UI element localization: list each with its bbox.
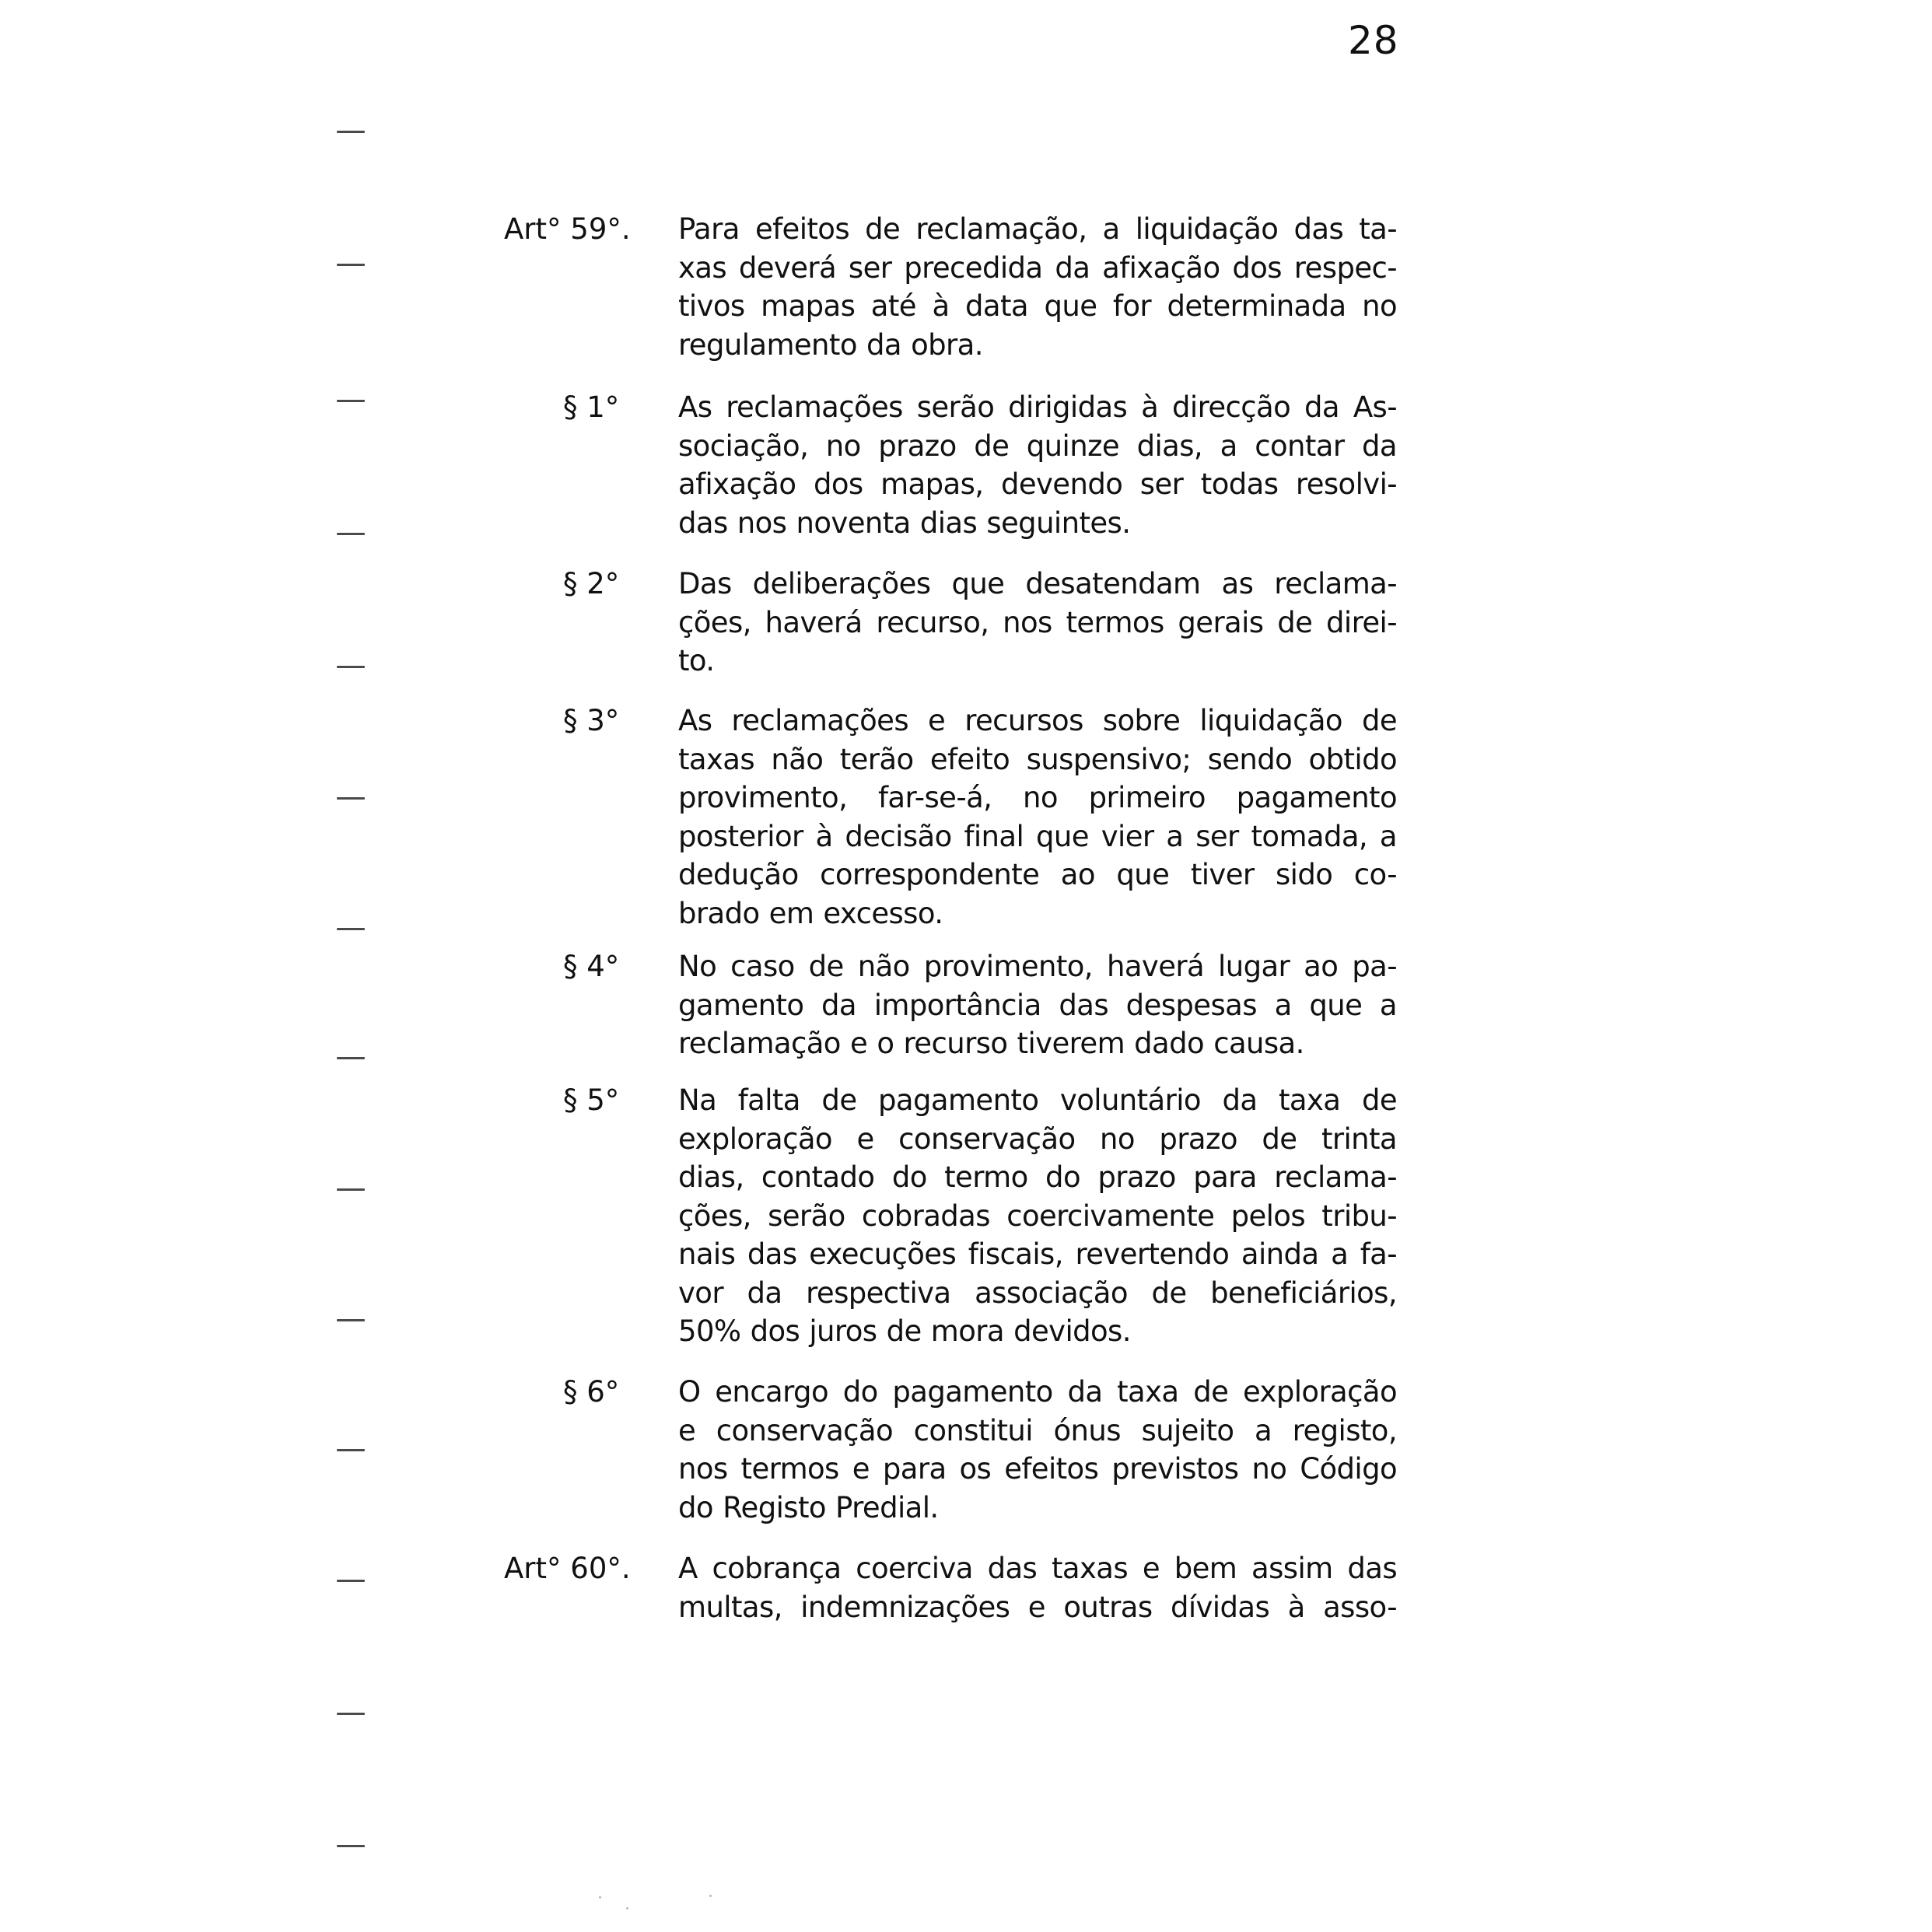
paragraph-number: § 5° — [563, 1081, 619, 1120]
text-line: Das deliberações que desatendam as recla… — [678, 565, 1397, 604]
text-line: ções, serão cobradas coercivamente pelos… — [678, 1197, 1397, 1236]
text-line: posterior à decisão final que vier a ser… — [678, 817, 1397, 856]
text-line: As reclamações serão dirigidas à direcçã… — [678, 388, 1397, 427]
margin-tick — [337, 1845, 365, 1847]
text-line: gamento da importância das despesas a qu… — [678, 986, 1397, 1025]
section-text: As reclamações serão dirigidas à direcçã… — [678, 388, 1397, 542]
margin-tick — [337, 666, 365, 668]
text-line: to. — [678, 642, 1397, 681]
section-text: Na falta de pagamento voluntário da taxa… — [678, 1081, 1397, 1351]
text-line: exploração e conservação no prazo de tri… — [678, 1120, 1397, 1159]
margin-tick — [337, 1057, 365, 1059]
text-line: tivos mapas até à data que for determina… — [678, 287, 1397, 326]
scan-speck — [626, 1907, 628, 1909]
scan-speck — [709, 1895, 712, 1897]
text-line: vor da respectiva associação de benefici… — [678, 1274, 1397, 1313]
margin-tick — [337, 1580, 365, 1582]
margin-tick — [337, 264, 365, 266]
section-text: A cobrança coerciva das taxas e bem assi… — [678, 1549, 1397, 1626]
margin-tick — [337, 797, 365, 800]
text-line: multas, indemnizações e outras dívidas à… — [678, 1588, 1397, 1627]
margin-tick — [337, 1449, 365, 1451]
text-line: nos termos e para os efeitos previstos n… — [678, 1450, 1397, 1489]
article-number: Art° 60°. — [504, 1549, 631, 1588]
scan-speck — [599, 1896, 601, 1899]
text-line: sociação, no prazo de quinze dias, a con… — [678, 427, 1397, 466]
text-line: brado em excesso. — [678, 894, 1397, 933]
text-line: dias, contado do termo do prazo para rec… — [678, 1158, 1397, 1197]
text-line: e conservação constitui ónus sujeito a r… — [678, 1412, 1397, 1451]
paragraph-number: § 1° — [563, 388, 619, 427]
text-line: Na falta de pagamento voluntário da taxa… — [678, 1081, 1397, 1120]
text-line: Para efeitos de reclamação, a liquidação… — [678, 210, 1397, 249]
section-text: Para efeitos de reclamação, a liquidação… — [678, 210, 1397, 364]
text-line: nais das execuções fiscais, revertendo a… — [678, 1235, 1397, 1274]
margin-tick — [337, 131, 365, 133]
section-text: O encargo do pagamento da taxa de explor… — [678, 1373, 1397, 1527]
article-number: Art° 59°. — [504, 210, 631, 249]
paragraph-number: § 3° — [563, 702, 619, 740]
paragraph-number: § 4° — [563, 947, 619, 986]
paragraph-number: § 2° — [563, 565, 619, 604]
text-line: 50% dos juros de mora devidos. — [678, 1312, 1397, 1351]
text-line: A cobrança coerciva das taxas e bem assi… — [678, 1549, 1397, 1588]
margin-tick — [337, 928, 365, 930]
margin-tick — [337, 1188, 365, 1191]
section-text: As reclamações e recursos sobre liquidaç… — [678, 702, 1397, 933]
text-line: As reclamações e recursos sobre liquidaç… — [678, 702, 1397, 740]
text-line: xas deverá ser precedida da afixação dos… — [678, 249, 1397, 288]
margin-tick — [337, 1319, 365, 1321]
text-line: afixação dos mapas, devendo ser todas re… — [678, 465, 1397, 504]
margin-tick — [337, 533, 365, 535]
text-line: regulamento da obra. — [678, 326, 1397, 365]
section-text: No caso de não provimento, haverá lugar … — [678, 947, 1397, 1063]
paragraph-number: § 6° — [563, 1373, 619, 1412]
text-line: reclamação e o recurso tiverem dado caus… — [678, 1024, 1397, 1063]
text-line: dedução correspondente ao que tiver sido… — [678, 856, 1397, 894]
margin-tick — [337, 400, 365, 402]
text-line: taxas não terão efeito suspensivo; sendo… — [678, 740, 1397, 779]
text-line: provimento, far-se-á, no primeiro pagame… — [678, 779, 1397, 817]
text-line: O encargo do pagamento da taxa de explor… — [678, 1373, 1397, 1412]
text-line: das nos noventa dias seguintes. — [678, 504, 1397, 543]
page-number: 28 — [1348, 17, 1399, 64]
margin-tick — [337, 1713, 365, 1715]
text-line: do Registo Predial. — [678, 1489, 1397, 1528]
text-line: No caso de não provimento, haverá lugar … — [678, 947, 1397, 986]
text-line: ções, haverá recurso, nos termos gerais … — [678, 604, 1397, 642]
section-text: Das deliberações que desatendam as recla… — [678, 565, 1397, 681]
